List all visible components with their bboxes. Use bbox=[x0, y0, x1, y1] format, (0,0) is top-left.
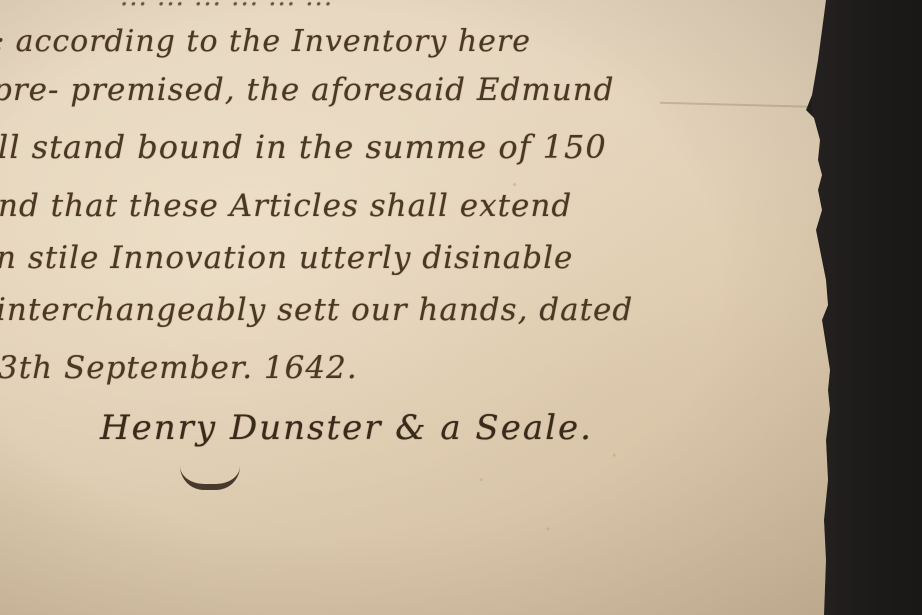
manuscript-line-2: pre- premised, the aforesaid Edmund bbox=[0, 72, 615, 108]
manuscript-line-6: interchangeably sett our hands, dated bbox=[0, 292, 633, 328]
manuscript-line-3: ll stand bound in the summe of 150 bbox=[0, 128, 607, 166]
manuscript-line-1: ; according to the Inventory here bbox=[0, 24, 531, 59]
manuscript-line-4: nd that these Articles shall extend bbox=[0, 188, 572, 224]
signature-henry-dunster: Henry Dunster & a Seale. bbox=[100, 408, 593, 448]
manuscript-page: ... ... ... ... ... ... ; according to t… bbox=[0, 0, 830, 615]
manuscript-line-5: n stile Innovation utterly disinable bbox=[0, 240, 573, 276]
photo-scene: ... ... ... ... ... ... ; according to t… bbox=[0, 0, 922, 615]
manuscript-line-0: ... ... ... ... ... ... bbox=[120, 0, 333, 12]
signature-flourish-icon bbox=[180, 466, 240, 490]
paper-crease bbox=[660, 102, 830, 108]
dark-backdrop bbox=[812, 0, 922, 615]
manuscript-date-line: 3th September. 1642. bbox=[0, 350, 358, 386]
